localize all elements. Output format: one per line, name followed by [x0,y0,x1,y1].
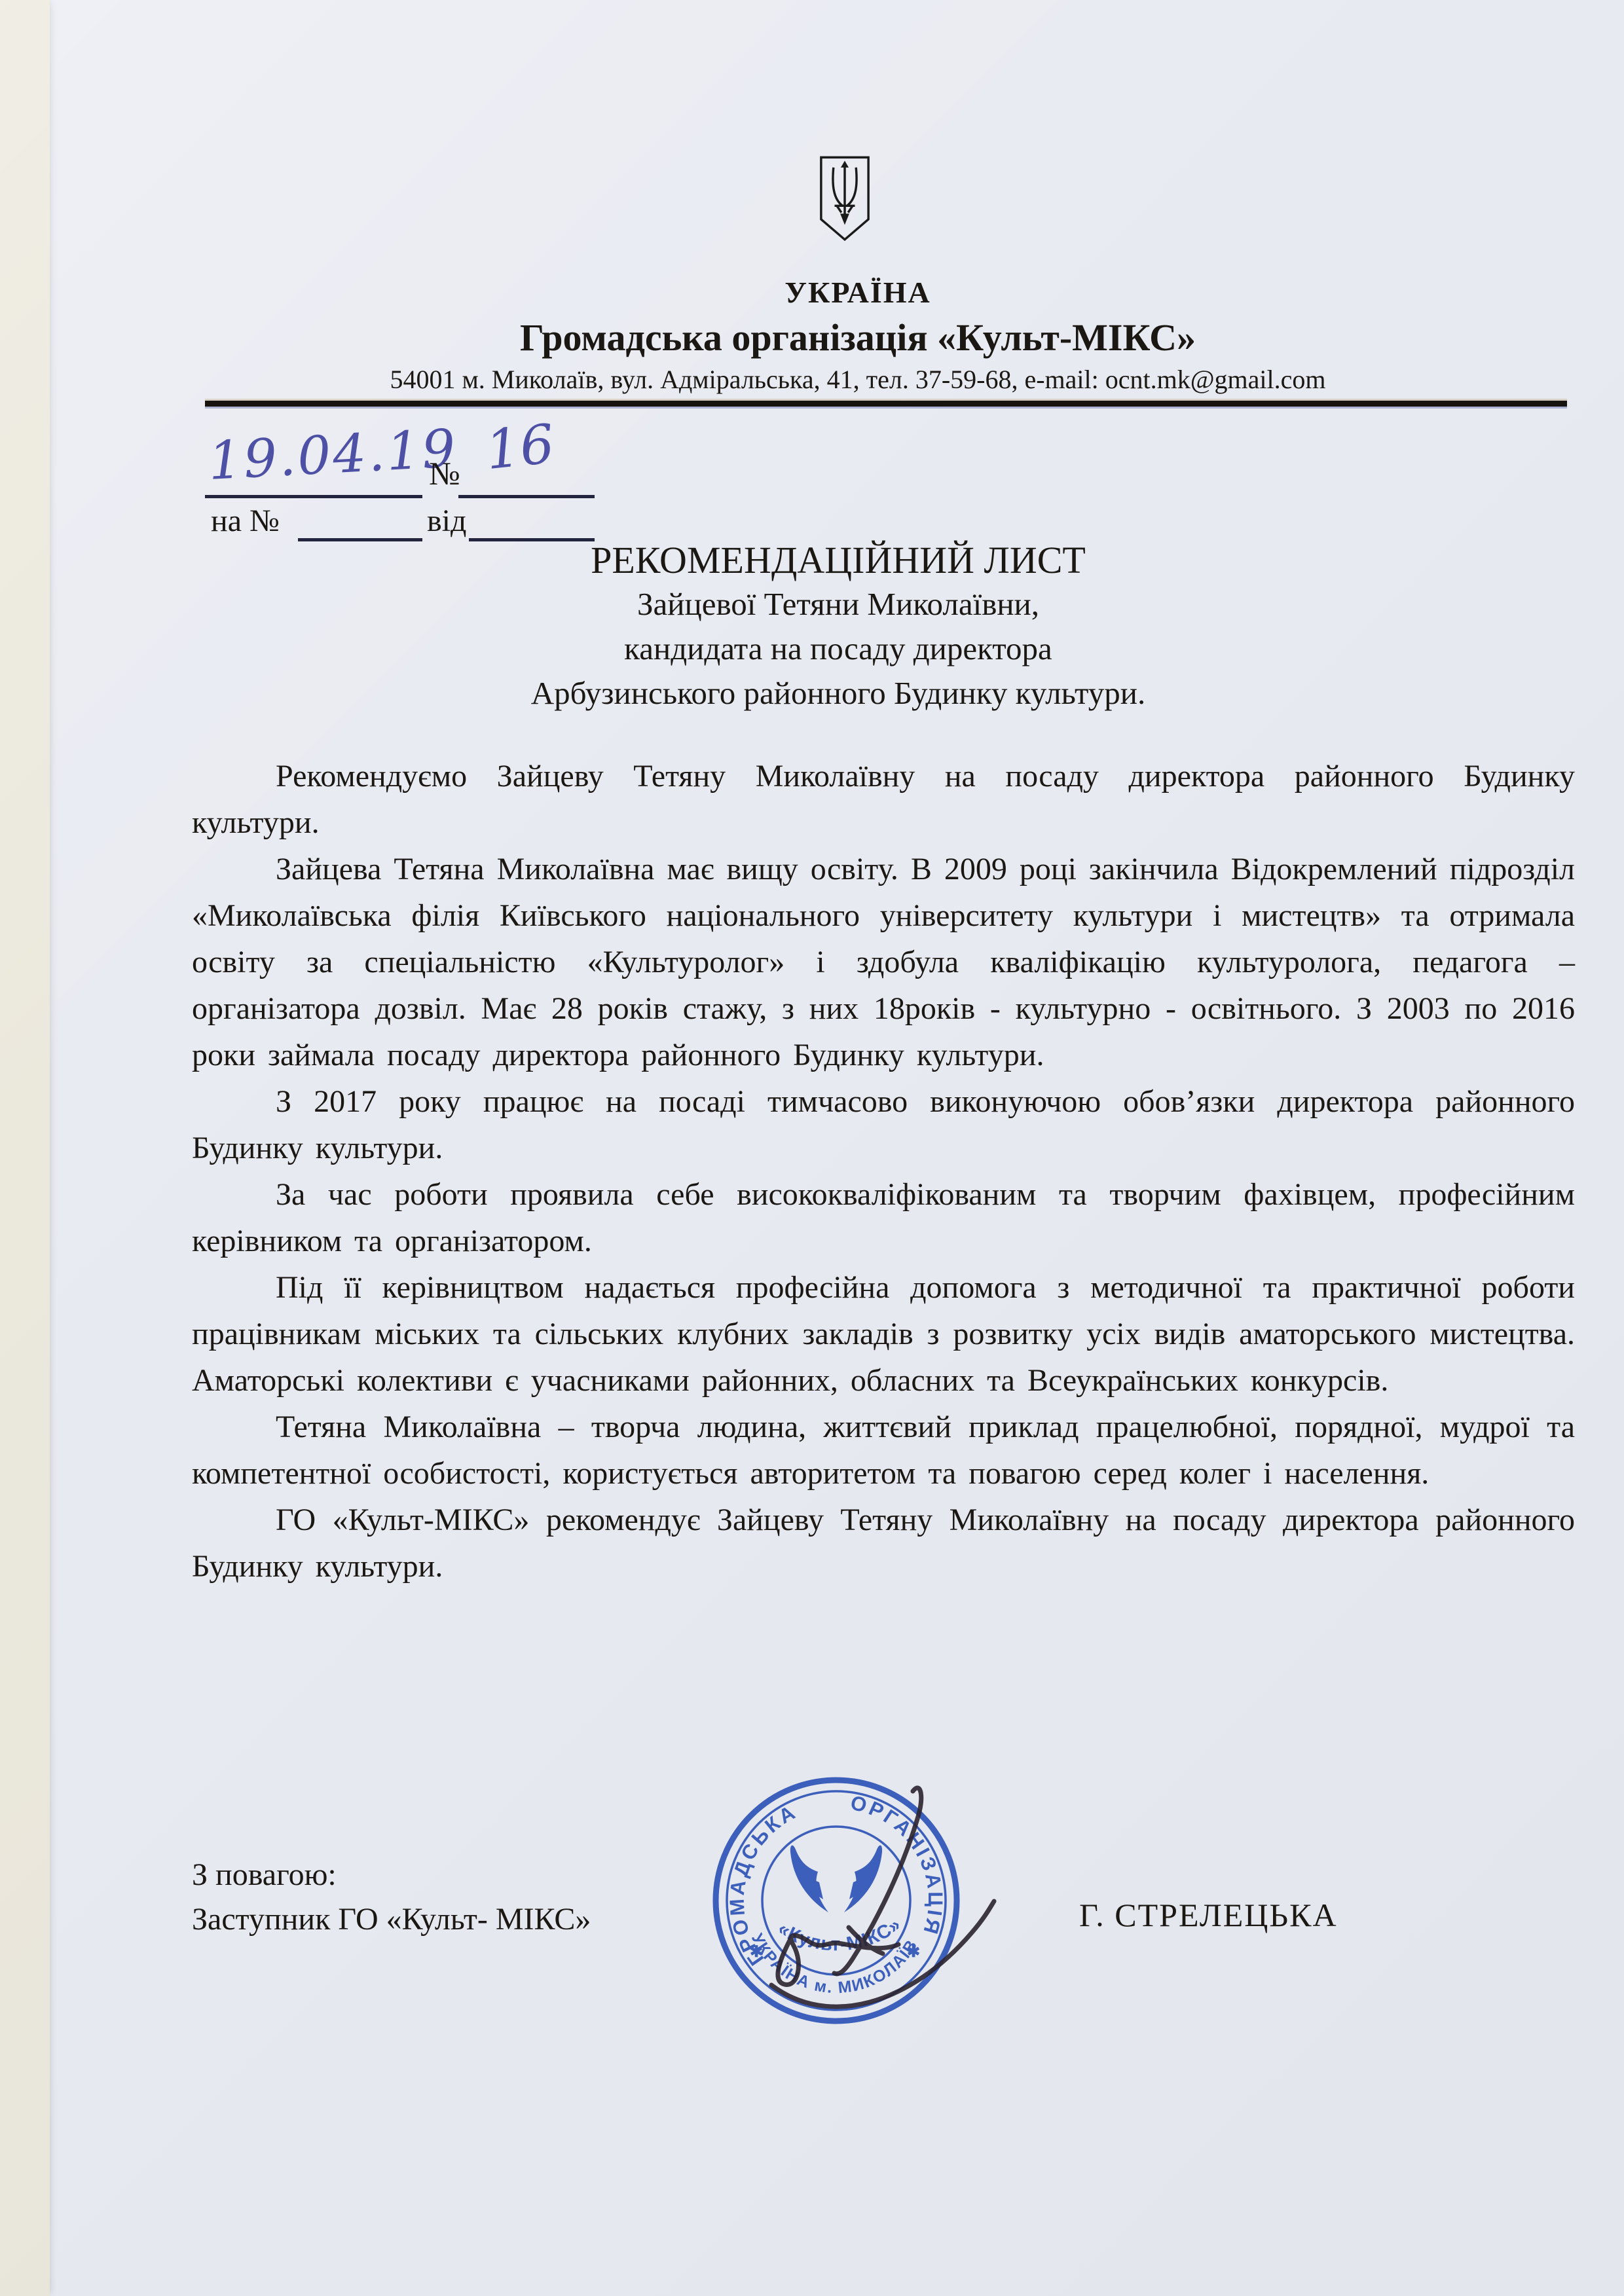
organization-title: Громадська організація «Культ-МІКС» [79,316,1624,359]
reply-number-label: на № [211,503,280,539]
header-rule [205,401,1567,407]
trident-right-prong [847,168,857,206]
date-underline [205,495,422,498]
organization-address: 54001 м. Миколаїв, вул. Адміральська, 41… [79,364,1624,395]
letter-recipient: Зайцевої Тетяни Миколаївни, [118,585,1559,623]
letter-role-line: кандидата на посаду директора [118,630,1559,667]
signer-name: Г. СТРЕЛЕЦЬКА [1079,1896,1338,1934]
paragraph: З 2017 року працює на посаді тимчасово в… [192,1078,1575,1171]
letter-heading: РЕКОМЕНДАЦІЙНИЙ ЛИСТ [118,538,1559,582]
paragraph: Зайцева Тетяна Миколаївна має вищу освіт… [192,846,1575,1078]
reply-from-label: від [427,503,466,539]
paragraph: Рекомендуємо Зайцеву Тетяну Миколаївну н… [192,753,1575,846]
handwritten-signature [694,1768,1035,2056]
signer-position: Заступник ГО «Культ- МІКС» [192,1901,591,1937]
country-title: УКРАЇНА [79,275,1624,310]
trident-tip [841,161,849,168]
trident-point [840,213,849,225]
trident-left-prong [833,168,843,206]
closing-salutation: З повагою: [192,1857,337,1893]
paragraph: Тетяна Миколаївна – творча людина, життє… [192,1404,1575,1497]
paragraph: За час роботи проявила себе висококваліф… [192,1171,1575,1264]
letter-body: Рекомендуємо Зайцеву Тетяну Миколаївну н… [192,753,1575,1590]
paragraph: Під її керівництвом надається професійна… [192,1264,1575,1404]
letter-org-line: Арбузинського районного Будинку культури… [118,674,1559,712]
number-underline [458,495,595,498]
paragraph: ГО «Культ-МІКС» рекомендує Зайцеву Тетян… [192,1497,1575,1590]
handwritten-number: 16 [483,413,557,482]
trident-coat-of-arms-icon [817,147,873,251]
scanned-letter-page: УКРАЇНА Громадська організація «Культ-МІ… [0,0,1624,2296]
number-sign: № [429,454,460,492]
scanner-edge-band [0,0,50,2296]
handwritten-date: 19.04.19 [207,418,459,492]
